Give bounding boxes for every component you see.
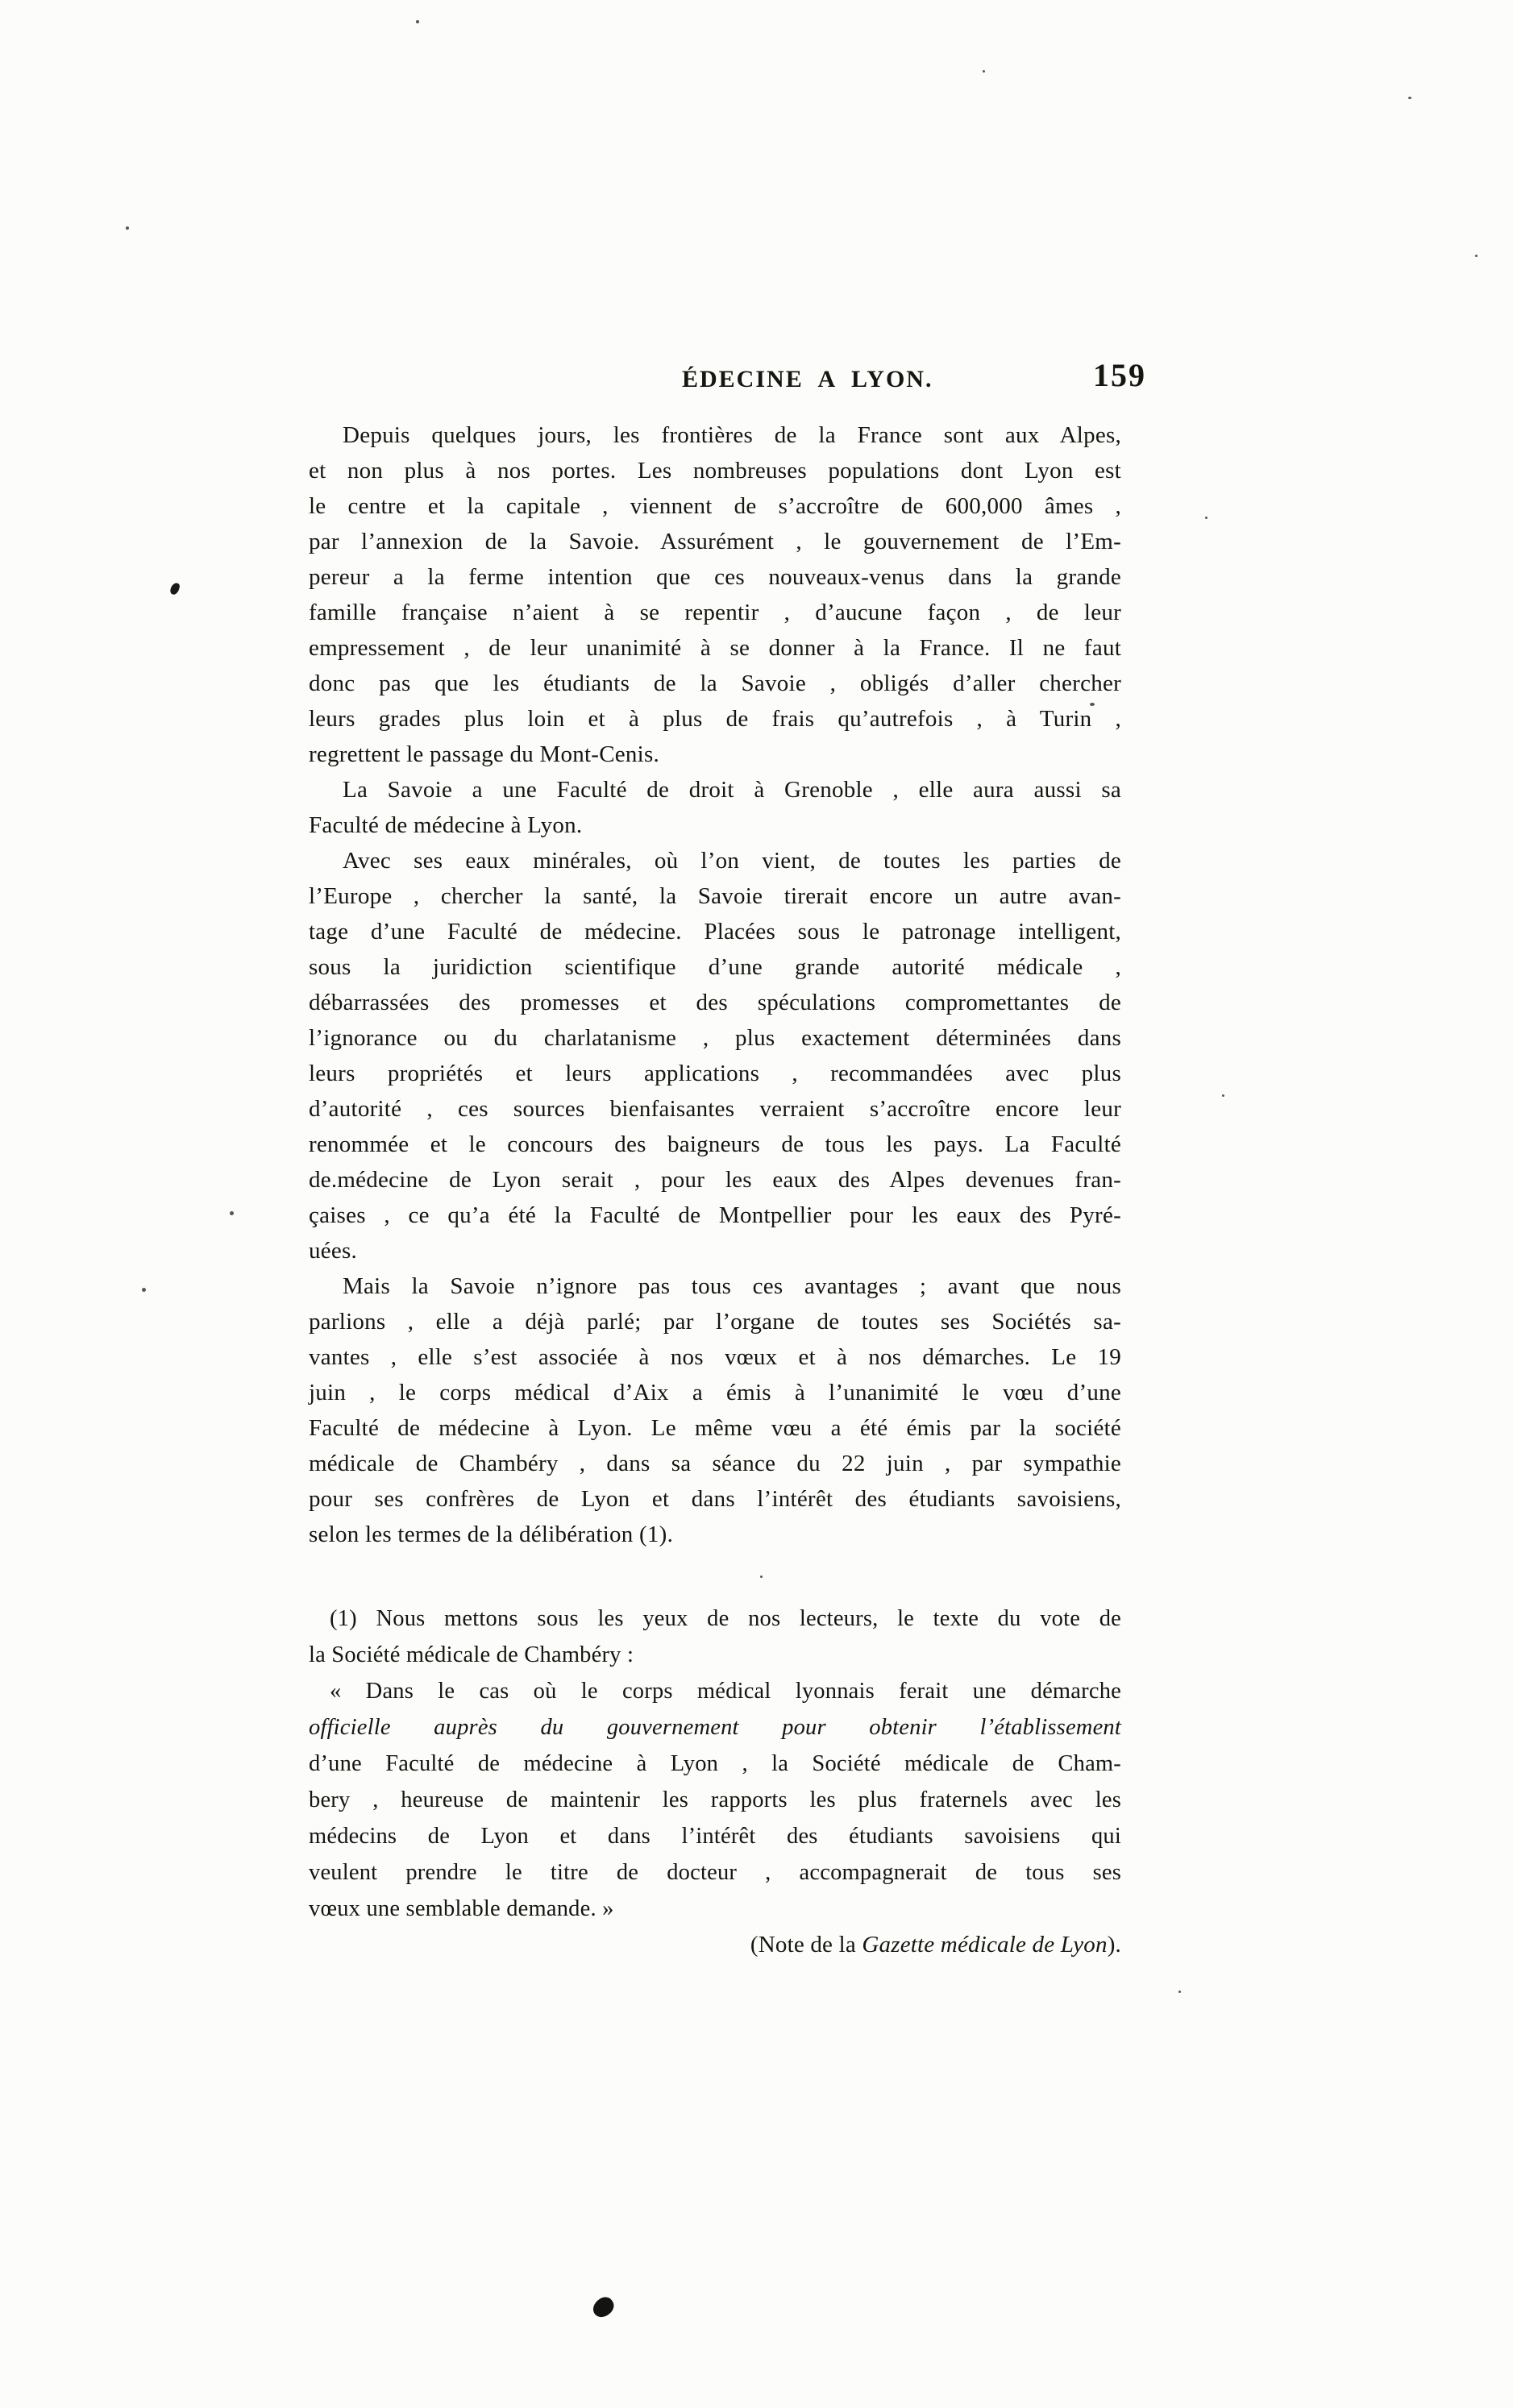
attribution-suffix: ). <box>1108 1932 1121 1958</box>
body-text-line: Faculté de médecine à Lyon. <box>309 808 1121 843</box>
body-text-line: l’Europe , chercher la santé, la Savoie … <box>309 878 1121 914</box>
body-text-line: l’ignorance ou du charlatanisme , plus e… <box>309 1020 1121 1056</box>
body-text-line: médicale de Chambéry , dans sa séance du… <box>309 1446 1121 1481</box>
footnote-text-line: la Société médicale de Chambéry : <box>309 1637 1121 1673</box>
attribution-prefix: (Note de la <box>750 1932 862 1958</box>
scan-speck <box>1475 255 1478 257</box>
attribution-journal-title: Gazette médicale de Lyon <box>862 1932 1107 1958</box>
body-text-line: pour ses confrères de Lyon et dans l’int… <box>309 1481 1121 1517</box>
body-text-line: uées. <box>309 1233 1121 1268</box>
footnote-text-line: médecins de Lyon et dans l’intérêt des é… <box>309 1818 1121 1854</box>
scan-speck <box>1205 517 1207 519</box>
scan-speck <box>142 1288 146 1292</box>
footnote-text-line: veulent prendre le titre de docteur , ac… <box>309 1854 1121 1891</box>
margin-tick-mark <box>169 582 181 596</box>
footnote: (1) Nous mettons sous les yeux de nos le… <box>309 1600 1121 1927</box>
body-text-line: selon les termes de la délibération (1). <box>309 1517 1121 1552</box>
body-text: Depuis quelques jours, les frontières de… <box>309 417 1121 1552</box>
body-text-line: par l’annexion de la Savoie. Assurément … <box>309 524 1121 559</box>
body-text-line: le centre et la capitale , viennent de s… <box>309 488 1121 524</box>
body-text-line: sous la juridiction scientifique d’une g… <box>309 949 1121 985</box>
footnote-text-line: (1) Nous mettons sous les yeux de nos le… <box>309 1600 1121 1637</box>
body-text-line: juin , le corps médical d’Aix a émis à l… <box>309 1375 1121 1410</box>
running-header-title: ÉDECINE A LYON. <box>682 366 933 393</box>
body-text-line: parlions , elle a déjà parlé; par l’orga… <box>309 1304 1121 1339</box>
scan-speck <box>416 20 419 23</box>
body-text-line: donc pas que les étudiants de la Savoie … <box>309 666 1121 701</box>
scanned-book-page: ÉDECINE A LYON. 159 Depuis quelques jour… <box>0 0 1513 2408</box>
body-text-line: Faculté de médecine à Lyon. Le même vœu … <box>309 1410 1121 1446</box>
scan-speck <box>126 226 129 230</box>
body-text-line: leurs grades plus loin et à plus de frai… <box>309 701 1121 737</box>
scan-speck <box>1090 703 1095 706</box>
body-text-line: La Savoie a une Faculté de droit à Greno… <box>309 772 1121 808</box>
body-text-line: çaises , ce qu’a été la Faculté de Montp… <box>309 1198 1121 1233</box>
scan-speck <box>760 1576 763 1578</box>
scan-speck <box>1408 97 1411 99</box>
scan-speck <box>983 70 985 73</box>
scan-speck <box>1222 1094 1224 1097</box>
scan-speck <box>1178 1991 1181 1993</box>
body-text-line: Avec ses eaux minérales, où l’on vient, … <box>309 843 1121 878</box>
body-text-line: vantes , elle s’est associée à nos vœux … <box>309 1339 1121 1375</box>
body-text-line: renommée et le concours des baigneurs de… <box>309 1127 1121 1162</box>
body-text-line: Mais la Savoie n’ignore pas tous ces ava… <box>309 1268 1121 1304</box>
body-text-line: débarrassées des promesses et des spécul… <box>309 985 1121 1020</box>
footnote-text-line: officielle auprès du gouvernement pour o… <box>309 1709 1121 1746</box>
body-text-line: pereur a la ferme intention que ces nouv… <box>309 559 1121 595</box>
body-text-line: et non plus à nos portes. Les nombreuses… <box>309 453 1121 488</box>
body-text-line: regrettent le passage du Mont-Cenis. <box>309 737 1121 772</box>
ink-blot <box>589 2294 617 2321</box>
body-text-line: famille française n’aient à se repentir … <box>309 595 1121 630</box>
footnote-text-line: « Dans le cas où le corps médical lyonna… <box>309 1673 1121 1709</box>
footnote-text-line: vœux une semblable demande. » <box>309 1891 1121 1927</box>
footnote-attribution: (Note de la Gazette médicale de Lyon). <box>309 1927 1192 1963</box>
body-text-line: empressement , de leur unanimité à se do… <box>309 630 1121 666</box>
body-text-line: d’autorité , ces sources bienfaisantes v… <box>309 1091 1121 1127</box>
body-text-line: tage d’une Faculté de médecine. Placées … <box>309 914 1121 949</box>
body-text-line: de.médecine de Lyon serait , pour les ea… <box>309 1162 1121 1198</box>
footnote-text-line: d’une Faculté de médecine à Lyon , la So… <box>309 1746 1121 1782</box>
footnote-text-line: bery , heureuse de maintenir les rapport… <box>309 1782 1121 1818</box>
body-text-line: leurs propriétés et leurs applications ,… <box>309 1056 1121 1091</box>
page-number: 159 <box>1093 356 1146 394</box>
scan-speck <box>230 1211 234 1215</box>
body-text-line: Depuis quelques jours, les frontières de… <box>309 417 1121 453</box>
